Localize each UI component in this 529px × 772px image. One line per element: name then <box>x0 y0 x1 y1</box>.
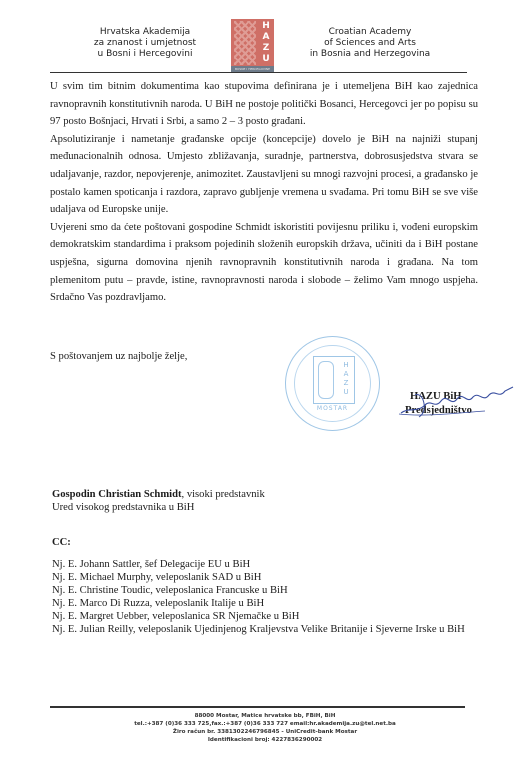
footer-address: 88000 Mostar, Matice hrvatske bb, FBiH, … <box>40 712 490 720</box>
footer-id-number: Identifikacioni broj: 4227836290002 <box>40 736 490 744</box>
stamp-letter: A <box>342 370 350 379</box>
footer-divider <box>50 706 465 708</box>
stamp-letters: H A Z U <box>342 361 350 397</box>
stamp-letter: U <box>342 388 350 397</box>
logo-letter: A <box>261 32 271 43</box>
footer-phone-email: tel.:+387 (0)36 333 725,fax.:+387 (0)36 … <box>40 720 490 728</box>
footer-contact: 88000 Mostar, Matice hrvatske bb, FBiH, … <box>40 712 490 744</box>
header-divider <box>50 72 467 73</box>
paragraph: U svim tim bitnim dokumentima kao stupov… <box>50 78 478 131</box>
closing-salutation: S poštovanjem uz najbolje želje, <box>50 351 187 362</box>
footer-bank-account: Žiro račun br. 3381302246796845 - UniCre… <box>40 728 490 736</box>
official-stamp: H A Z U MOSTAR <box>285 336 380 431</box>
stamp-city: MOSTAR <box>286 405 379 412</box>
logo-letter: Z <box>261 43 271 54</box>
letter-body: U svim tim bitnim dokumentima kao stupov… <box>50 78 478 307</box>
letterhead-line: za znanost i umjetnost <box>80 38 210 49</box>
paragraph: Apsolutiziranje i nametanje građanske op… <box>50 131 478 219</box>
weave-pattern-icon <box>234 21 256 65</box>
cc-item: Nj. E. Michael Murphy, veleposlanik SAD … <box>52 571 482 584</box>
recipient-block: Gospodin Christian Schmidt, visoki preds… <box>52 488 265 514</box>
letterhead-line: u Bosni i Hercegovini <box>80 49 210 60</box>
cc-list: Nj. E. Johann Sattler, šef Delegacije EU… <box>52 558 482 636</box>
logo-letters: H A Z U <box>261 21 271 65</box>
recipient-role: , visoki predstavnik <box>182 489 265 500</box>
logo-letter: U <box>261 54 271 65</box>
letterhead-line: in Bosnia and Herzegovina <box>300 49 440 60</box>
stamp-letter: H <box>342 361 350 370</box>
recipient-office: Ured visokog predstavnika u BiH <box>52 501 265 514</box>
stamp-letter: Z <box>342 379 350 388</box>
stamp-weave-icon <box>318 361 334 399</box>
cc-item: Nj. E. Johann Sattler, šef Delegacije EU… <box>52 558 482 571</box>
cc-item: Nj. E. Marco Di Ruzza, veleposlanik Ital… <box>52 597 482 610</box>
letterhead-english-name: Croatian Academy of Sciences and Arts in… <box>300 27 440 60</box>
letterhead-line: Croatian Academy <box>300 27 440 38</box>
handwritten-signature-icon <box>395 383 520 421</box>
cc-item: Nj. E. Margret Uebber, veleposlanica SR … <box>52 610 482 623</box>
letterhead: Hrvatska Akademija za znanost i umjetnos… <box>0 0 529 75</box>
cc-item: Nj. E. Christine Toudic, veleposlanica F… <box>52 584 482 597</box>
hazu-logo: H A Z U BOSNE I HERCEGOVINE <box>231 19 274 72</box>
letterhead-line: Hrvatska Akademija <box>80 27 210 38</box>
paragraph: Uvjereni smo da ćete poštovani gospodine… <box>50 219 478 307</box>
letterhead-line: of Sciences and Arts <box>300 38 440 49</box>
stamp-logo-icon: H A Z U <box>313 356 355 404</box>
cc-label: CC: <box>52 537 71 548</box>
letterhead-croatian-name: Hrvatska Akademija za znanost i umjetnos… <box>80 27 210 60</box>
cc-item: Nj. E. Julian Reilly, veleposlanik Ujedi… <box>52 623 482 636</box>
logo-letter: H <box>261 21 271 32</box>
recipient-line: Gospodin Christian Schmidt, visoki preds… <box>52 488 265 501</box>
recipient-name: Gospodin Christian Schmidt <box>52 489 182 500</box>
